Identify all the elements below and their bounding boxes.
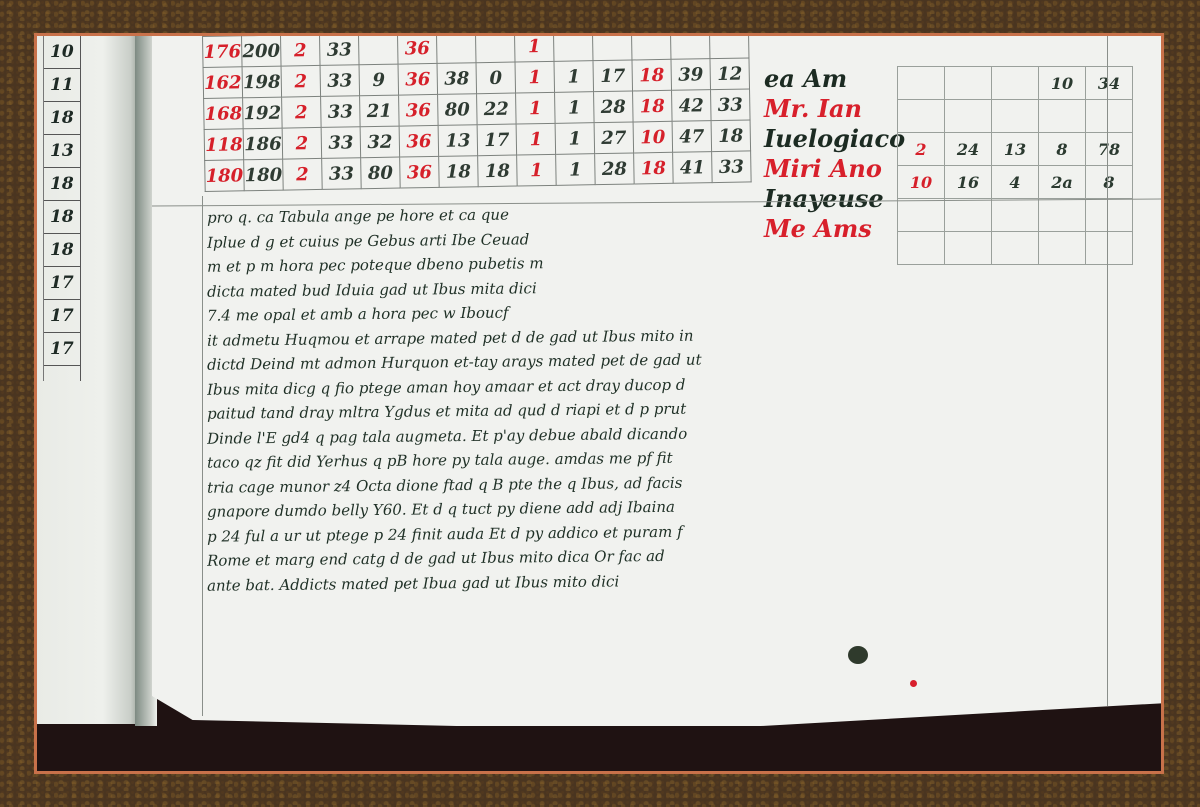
table-cell: 36 bbox=[399, 94, 439, 126]
table-cell: 42 bbox=[672, 90, 712, 122]
side-table-cell: 10 bbox=[1039, 67, 1086, 100]
table-cell: 22 bbox=[477, 93, 517, 125]
side-table-cell bbox=[898, 100, 945, 133]
side-table-cell: 8 bbox=[1086, 166, 1133, 199]
table-cell: 27 bbox=[594, 122, 634, 154]
margin-ruling-right bbox=[1107, 36, 1108, 706]
table-cell: 18 bbox=[711, 120, 751, 152]
side-table-cell bbox=[992, 100, 1039, 133]
table-cell: 9 bbox=[359, 64, 399, 96]
table-cell: 1 bbox=[556, 154, 596, 186]
side-table-cell bbox=[945, 67, 992, 100]
table-cell: 36 bbox=[399, 125, 439, 157]
table-cell: 1 bbox=[515, 61, 555, 93]
table-cell: 13 bbox=[438, 125, 478, 157]
left-column-cell: 18 bbox=[44, 234, 80, 267]
side-table-row bbox=[898, 100, 1133, 133]
table-cell: 192 bbox=[243, 97, 283, 129]
table-cell: 1 bbox=[516, 123, 556, 155]
table-cell: 33 bbox=[322, 158, 362, 190]
table-cell: 80 bbox=[438, 94, 478, 126]
table-cell: 1 bbox=[554, 61, 594, 93]
left-column-cell: 18 bbox=[44, 201, 80, 234]
table-cell: 186 bbox=[243, 128, 283, 160]
red-ink-dot bbox=[910, 680, 917, 687]
left-column-cell: 18 bbox=[44, 102, 80, 135]
month-name: Mr. Ian bbox=[764, 94, 905, 124]
table-cell: 2 bbox=[281, 65, 321, 97]
table-cell: 2 bbox=[280, 34, 320, 66]
table-cell: 33 bbox=[712, 151, 752, 183]
table-cell bbox=[592, 33, 632, 61]
side-table-cell: 78 bbox=[1086, 133, 1133, 166]
side-table-cell: 13 bbox=[992, 133, 1039, 166]
side-table-cell: 34 bbox=[1086, 67, 1133, 100]
left-column-cell: 10 bbox=[44, 36, 80, 69]
table-cell: 18 bbox=[439, 156, 479, 188]
side-table-cell: 16 bbox=[945, 166, 992, 199]
table-cell: 180 bbox=[244, 159, 284, 191]
manuscript-text-block: pro q. ca Tabula ange pe hore et ca queI… bbox=[207, 201, 1107, 593]
table-cell: 180 bbox=[205, 160, 245, 192]
table-cell: 17 bbox=[477, 124, 517, 156]
side-table-cell: 2a bbox=[1039, 166, 1086, 199]
table-cell bbox=[358, 33, 398, 65]
side-table-row: 22413878 bbox=[898, 133, 1133, 166]
table-cell: 200 bbox=[242, 35, 282, 67]
table-cell: 1 bbox=[517, 154, 557, 186]
left-column-cell: 18 bbox=[44, 168, 80, 201]
side-table-cell bbox=[1039, 100, 1086, 133]
month-name: Iuelogiaco bbox=[764, 124, 905, 154]
table-cell: 18 bbox=[633, 90, 673, 122]
table-cell: 10 bbox=[633, 121, 673, 153]
table-cell: 47 bbox=[672, 121, 712, 153]
left-column-cell: 17 bbox=[44, 333, 80, 366]
margin-ruling-left bbox=[202, 196, 203, 716]
table-cell: 1 bbox=[555, 92, 595, 124]
photo-frame: 10111813181818171717 1762002333611621982… bbox=[34, 33, 1164, 774]
table-cell: 33 bbox=[711, 89, 751, 121]
table-cell: 33 bbox=[319, 34, 359, 66]
table-cell: 28 bbox=[594, 91, 634, 123]
month-name: ea Am bbox=[764, 64, 905, 94]
left-page: 10111813181818171717 bbox=[37, 36, 147, 724]
left-column-cell: 17 bbox=[44, 267, 80, 300]
table-cell: 1 bbox=[516, 92, 556, 124]
left-column-cell: 13 bbox=[44, 135, 80, 168]
left-column-cell: 11 bbox=[44, 69, 80, 102]
side-table-cell bbox=[898, 67, 945, 100]
side-table-cell bbox=[992, 67, 1039, 100]
table-cell: 38 bbox=[437, 63, 477, 95]
table-cell: 1 bbox=[514, 33, 554, 62]
table-cell: 36 bbox=[400, 156, 440, 188]
table-cell: 80 bbox=[361, 157, 401, 189]
table-cell: 36 bbox=[397, 33, 437, 64]
table-cell: 33 bbox=[321, 96, 361, 128]
table-cell: 36 bbox=[398, 63, 438, 95]
side-table-cell: 8 bbox=[1039, 133, 1086, 166]
table-cell: 18 bbox=[478, 155, 518, 187]
right-page: 1762002333611621982339363801117183912168… bbox=[152, 36, 1164, 736]
table-cell bbox=[553, 33, 593, 61]
side-table-row: 1034 bbox=[898, 67, 1133, 100]
side-table-row: 101642a8 bbox=[898, 166, 1133, 199]
table-cell: 1 bbox=[555, 123, 595, 155]
table-cell: 2 bbox=[282, 127, 322, 159]
side-table-cell bbox=[945, 100, 992, 133]
side-table-cell: 24 bbox=[945, 133, 992, 166]
table-cell: 12 bbox=[710, 58, 750, 90]
side-table-cell bbox=[1086, 100, 1133, 133]
table-cell: 176 bbox=[203, 36, 243, 68]
table-cell: 0 bbox=[476, 62, 516, 94]
table-cell: 32 bbox=[360, 126, 400, 158]
ink-blot bbox=[848, 646, 868, 664]
table-cell bbox=[631, 33, 671, 60]
side-table-cell: 10 bbox=[898, 166, 945, 199]
table-cell bbox=[670, 33, 710, 59]
month-name: Miri Ano bbox=[764, 154, 905, 184]
table-cell bbox=[709, 33, 749, 59]
table-cell: 39 bbox=[671, 59, 711, 91]
table-cell: 162 bbox=[203, 67, 243, 99]
table-cell: 17 bbox=[593, 60, 633, 92]
table-cell bbox=[475, 33, 515, 63]
table-cell: 28 bbox=[595, 153, 635, 185]
table-cell: 118 bbox=[204, 129, 244, 161]
table-cell: 2 bbox=[283, 158, 323, 190]
side-table-cell: 2 bbox=[898, 133, 945, 166]
table-cell: 18 bbox=[634, 152, 674, 184]
table-cell: 33 bbox=[320, 65, 360, 97]
table-cell: 21 bbox=[360, 95, 400, 127]
table-cell: 33 bbox=[321, 127, 361, 159]
left-page-number-column: 10111813181818171717 bbox=[43, 36, 81, 381]
table-cell: 18 bbox=[632, 59, 672, 91]
side-table-cell: 4 bbox=[992, 166, 1039, 199]
table-cell: 198 bbox=[242, 66, 282, 98]
table-cell: 168 bbox=[204, 98, 244, 130]
table-cell: 41 bbox=[673, 152, 713, 184]
astronomical-table: 1762002333611621982339363801117183912168… bbox=[202, 33, 752, 192]
left-column-cell: 17 bbox=[44, 300, 80, 333]
table-cell bbox=[436, 33, 476, 63]
table-cell: 2 bbox=[282, 96, 322, 128]
